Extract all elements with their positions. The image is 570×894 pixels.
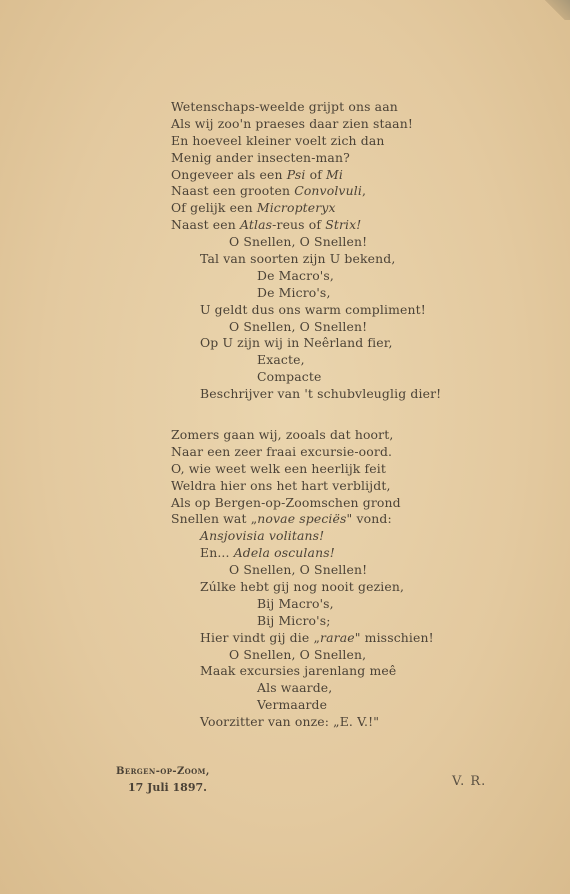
poem-line: Zúlke hebt gij nog nooit gezien, [171,579,434,596]
poem-stanza-2: Zomers gaan wij, zooals dat hoort,Naar e… [171,427,434,731]
poem-line: Als wij zoo'n praeses daar zien staan! [171,116,441,133]
place-line: Bergen-op-Zoom, [116,766,210,777]
poem-line: Exacte, [171,352,441,369]
poem-line: Wetenschaps-weelde grijpt ons aan [171,99,441,116]
poem-line: En hoeveel kleiner voelt zich dan [171,133,441,150]
poem-line: Snellen wat „novae speciës" vond: [171,511,434,528]
poem-line: Bij Micro's; [171,613,434,630]
poem-line: De Macro's, [171,268,441,285]
poem-line: Tal van soorten zijn U bekend, [171,251,441,268]
poem-line: Zomers gaan wij, zooals dat hoort, [171,427,434,444]
poem-line: Ansjovisia volitans! [171,528,434,545]
poem-line: Menig ander insecten-man? [171,150,441,167]
poem-line: Als op Bergen-op-Zoomschen grond [171,495,434,512]
poem-line: Naast een grooten Convolvuli, [171,183,441,200]
poem-line: O Snellen, O Snellen, [171,647,434,664]
poem-line: Als waarde, [171,680,434,697]
poem-line: U geldt dus ons warm compliment! [171,302,441,319]
document-page: Wetenschaps-weelde grijpt ons aanAls wij… [0,0,570,894]
poem-line: Naast een Atlas-reus of Strix! [171,217,441,234]
poem-line: Vermaarde [171,697,434,714]
poem-line: Maak excursies jarenlang meê [171,663,434,680]
poem-line: En... Adela osculans! [171,545,434,562]
poem-line: O, wie weet welk een heerlijk feit [171,461,434,478]
date-line: 17 Juli 1897. [128,781,207,794]
poem-line: O Snellen, O Snellen! [171,319,441,336]
poem-line: Bij Macro's, [171,596,434,613]
folded-corner [540,0,570,20]
author-initials: V. R. [452,774,486,789]
poem-line: Of gelijk een Micropteryx [171,200,441,217]
poem-line: Beschrijver van 't schubvleuglig dier! [171,386,441,403]
poem-line: Compacte [171,369,441,386]
poem-line: O Snellen, O Snellen! [171,234,441,251]
poem-stanza-1: Wetenschaps-weelde grijpt ons aanAls wij… [171,99,441,403]
poem-line: O Snellen, O Snellen! [171,562,434,579]
poem-line: Naar een zeer fraai excursie-oord. [171,444,434,461]
poem-line: Hier vindt gij die „rarae" misschien! [171,630,434,647]
poem-line: Op U zijn wij in Neêrland fier, [171,335,441,352]
poem-line: Weldra hier ons het hart verblijdt, [171,478,434,495]
poem-line: Voorzitter van onze: „E. V.!" [171,714,434,731]
poem-line: Ongeveer als een Psi of Mi [171,167,441,184]
poem-line: De Micro's, [171,285,441,302]
